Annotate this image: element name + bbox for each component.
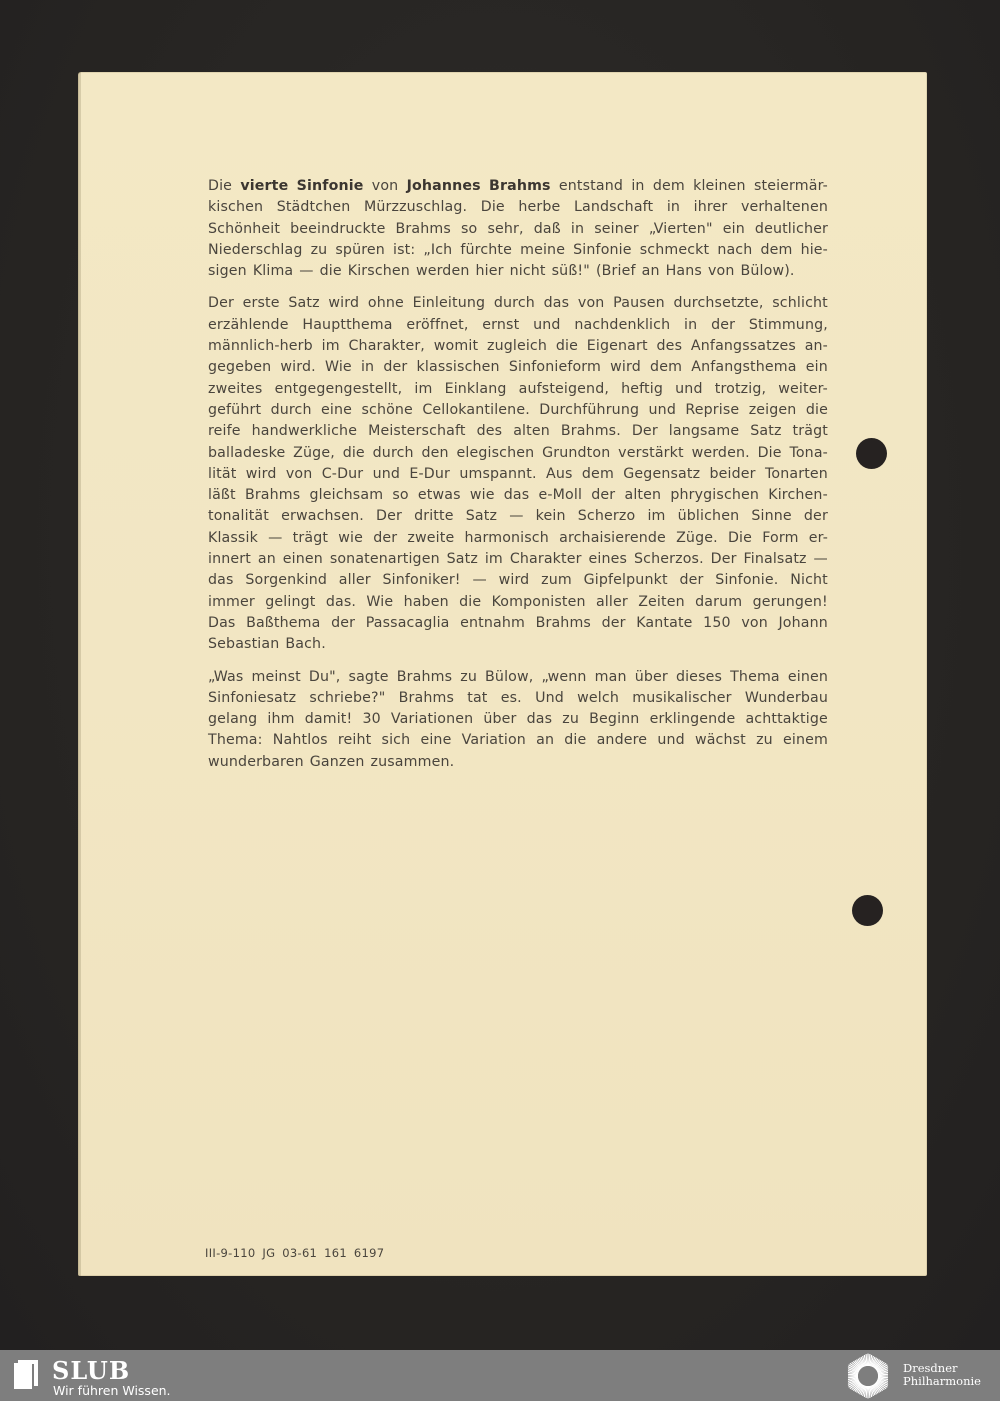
text-line: SchönheitbeeindruckteBrahmssosehr,daßins…	[208, 219, 828, 240]
word: dem	[582, 464, 614, 485]
word: Sorgenkind	[245, 570, 327, 591]
word: Brahms	[397, 667, 452, 688]
word: läßt	[208, 485, 236, 506]
word: Klassik	[208, 528, 258, 549]
word: deutlicher	[755, 219, 828, 240]
word: dem	[650, 357, 682, 378]
word: klassischen	[417, 357, 500, 378]
word: Gegensatz	[623, 464, 700, 485]
word: wie	[470, 485, 495, 506]
word: ihrer	[694, 197, 728, 218]
word: Thema:	[208, 730, 263, 751]
word: die	[806, 400, 828, 421]
word: umspannt.	[459, 464, 536, 485]
word: Grundton	[542, 443, 610, 464]
word: werden.	[692, 443, 750, 464]
word: langsame	[669, 421, 739, 442]
word: zu	[460, 667, 477, 688]
word: der	[679, 570, 703, 591]
word: das	[504, 485, 530, 506]
word: zu	[562, 709, 579, 730]
paragraph: „WasmeinstDu",sagteBrahmszuBülow,„wennma…	[208, 667, 828, 773]
word: üblichen	[678, 506, 740, 527]
word: weiter-	[778, 379, 828, 400]
word: Sinne	[751, 506, 791, 527]
word: Sinfonie	[573, 240, 631, 261]
word: werden	[416, 261, 470, 282]
text-line: DievierteSinfonievonJohannesBrahmsentsta…	[208, 176, 828, 197]
word: —	[814, 549, 828, 570]
word: das.	[326, 592, 356, 613]
word: erzählende	[208, 315, 289, 336]
word: es.	[501, 688, 522, 709]
word: gelingt	[265, 592, 315, 613]
word: entgegengestellt,	[275, 379, 403, 400]
word: Mürzzuschlag.	[364, 197, 467, 218]
word: im	[414, 379, 432, 400]
word: harmonisch	[465, 528, 549, 549]
word: ihm	[267, 709, 294, 730]
word: Anfangssatzes	[691, 336, 796, 357]
word: Kirchen-	[768, 485, 828, 506]
word: zweites	[208, 379, 262, 400]
book-icon	[12, 1359, 40, 1389]
word: —	[472, 570, 486, 591]
word: ohne	[368, 293, 404, 314]
word: an-	[805, 336, 828, 357]
word: über	[483, 709, 516, 730]
word: beeindruckte	[290, 219, 385, 240]
word: die	[556, 336, 578, 357]
word: Reprise	[685, 400, 739, 421]
word: „Vierten"	[649, 219, 713, 240]
word: und	[649, 400, 676, 421]
word: „wenn	[542, 667, 587, 688]
punch-hole-upper	[856, 438, 887, 469]
word: entstand	[559, 176, 623, 197]
word: den	[422, 443, 449, 464]
word: Scherzos.	[634, 549, 704, 570]
word: etwas	[418, 485, 461, 506]
word: Sinfoniesatz	[208, 688, 296, 709]
word: Brahms	[396, 219, 451, 240]
word: Cellokantilene.	[422, 400, 530, 421]
word: und	[533, 315, 560, 336]
word: erwachsen.	[281, 506, 364, 527]
word: dritte	[414, 506, 454, 527]
word: die	[459, 592, 481, 613]
word: elegischen	[457, 443, 535, 464]
word: dem	[653, 176, 685, 197]
word: Tonarten	[765, 464, 828, 485]
word: heftig	[621, 379, 663, 400]
word: Städtchen	[277, 197, 351, 218]
word: Charakter	[510, 549, 582, 570]
word: Gipfelpunkt	[584, 570, 668, 591]
word: Wie	[325, 357, 352, 378]
word: aller	[596, 592, 628, 613]
word: nicht	[510, 261, 546, 282]
word: phrygischen	[670, 485, 759, 506]
word: beider	[710, 464, 756, 485]
word: Niederschlag	[208, 240, 302, 261]
word: hie-	[801, 240, 828, 261]
word: Schönheit	[208, 219, 280, 240]
word: Kantate	[636, 613, 692, 634]
word: gegeben	[208, 357, 271, 378]
word: innert	[208, 549, 251, 570]
word: gleichsam	[310, 485, 384, 506]
word: von	[286, 464, 313, 485]
text-line: DerersteSatzwirdohneEinleitungdurchdasvo…	[208, 293, 828, 314]
text-line: Niederschlagzuspürenist:„Ichfürchtemeine…	[208, 240, 828, 261]
word: er-	[809, 528, 828, 549]
word: des	[477, 421, 503, 442]
word: „Ich	[423, 240, 452, 261]
word: Einklang	[445, 379, 507, 400]
word: zweite	[407, 528, 454, 549]
word: in	[684, 315, 697, 336]
word: Johann	[778, 613, 827, 634]
word: in	[631, 176, 644, 197]
word: Ganzen	[310, 752, 365, 773]
word: in	[361, 357, 374, 378]
word: zu	[756, 730, 773, 751]
word: Satz	[750, 421, 781, 442]
word: daß	[534, 219, 561, 240]
word: —	[299, 261, 313, 282]
text-line: dasSorgenkindallerSinfoniker!—wirdzumGip…	[208, 570, 828, 591]
word: Die	[758, 443, 782, 464]
word: im	[485, 549, 503, 570]
word: man	[595, 667, 627, 688]
word: Der	[208, 293, 234, 314]
word: wird	[246, 464, 277, 485]
text-line: zweitesentgegengestellt,imEinklangaufste…	[208, 379, 828, 400]
word: Der	[711, 549, 737, 570]
word: eine	[420, 730, 451, 751]
word: der	[331, 613, 355, 634]
footer-bar: SLUB Wir führen Wissen. Dresdner Philhar…	[0, 1350, 1000, 1401]
word: Der	[376, 506, 402, 527]
word: wird.	[280, 357, 315, 378]
word: Beginn	[589, 709, 639, 730]
word: reife	[208, 421, 241, 442]
word: von	[578, 293, 605, 314]
word: das	[208, 570, 234, 591]
word: e-Moll	[539, 485, 583, 506]
word: Der	[632, 421, 658, 442]
word: entnahm	[460, 613, 525, 634]
bold-word: Sinfonie	[297, 176, 364, 197]
word: die	[343, 443, 365, 464]
word: C-Dur	[322, 464, 364, 485]
word: so	[461, 219, 477, 240]
word: Und	[535, 688, 564, 709]
word: Durchführung	[539, 400, 639, 421]
text-line: sigenKlima—dieKirschenwerdenhiernichtsüß…	[208, 261, 828, 282]
word: der	[804, 506, 828, 527]
word: sonatenartigen	[330, 549, 440, 570]
word: durch	[494, 293, 535, 314]
word: die	[564, 730, 586, 751]
word: sagte	[349, 667, 389, 688]
word: fürchte	[460, 240, 512, 261]
word: das	[527, 709, 553, 730]
bold-word: vierte	[240, 176, 288, 197]
word: dieses	[676, 667, 722, 688]
word: Sinfonieform	[509, 357, 601, 378]
word: Variation	[462, 730, 526, 751]
word: welch	[577, 688, 619, 709]
word: Sebastian	[208, 634, 279, 655]
word: männlich-herb	[208, 336, 313, 357]
text-line: „WasmeinstDu",sagteBrahmszuBülow,„wennma…	[208, 667, 828, 688]
word: sigen	[208, 261, 247, 282]
text-line: geführtdurcheineschöneCellokantilene.Dur…	[208, 400, 828, 421]
word: Passacaglia	[366, 613, 450, 634]
word: zeigen	[749, 400, 797, 421]
word: haben	[404, 592, 449, 613]
word: Satz	[288, 293, 319, 314]
word: und	[675, 379, 702, 400]
word: balladeske	[208, 443, 285, 464]
word: Form	[762, 528, 798, 549]
text-line: läßtBrahmsgleichsamsoetwaswiedase-Mollde…	[208, 485, 828, 506]
word: zum	[541, 570, 572, 591]
word: Tona-	[789, 443, 828, 464]
word: durch	[373, 443, 414, 464]
word: Charakter,	[349, 336, 425, 357]
word: durch	[271, 400, 312, 421]
word: und	[373, 464, 400, 485]
text-line: Thema:NahtlosreihtsicheineVariationandie…	[208, 730, 828, 751]
word: spüren	[335, 240, 385, 261]
word: Kirschen	[348, 261, 410, 282]
word: zusammen.	[371, 752, 455, 773]
word: Die	[728, 528, 752, 549]
word: schöne	[361, 400, 413, 421]
word: der	[602, 613, 626, 634]
word: wächst	[695, 730, 746, 751]
sunburst-ring-icon[interactable]	[842, 1353, 894, 1399]
word: wird	[499, 570, 530, 591]
word: (Brief	[596, 261, 636, 282]
word: ernst	[482, 315, 519, 336]
word: von	[741, 613, 768, 634]
text-line: Sinfoniesatzschriebe?"Brahmstates.Undwel…	[208, 688, 828, 709]
word: sehr,	[487, 219, 523, 240]
word: handwerkliche	[252, 421, 357, 442]
word: geführt	[208, 400, 261, 421]
word: damit!	[305, 709, 353, 730]
word: Zeiten	[638, 592, 685, 613]
word: kein	[536, 506, 566, 527]
word: einem	[783, 730, 828, 751]
word: Brahms	[536, 613, 591, 634]
text-line: kischenStädtchenMürzzuschlag.DieherbeLan…	[208, 197, 828, 218]
word: immer	[208, 592, 255, 613]
word: ein	[806, 357, 828, 378]
word: wie	[338, 528, 363, 549]
word: der	[373, 528, 397, 549]
text-line: erzählendeHauptthemaeröffnet,ernstundnac…	[208, 315, 828, 336]
word: alten	[513, 421, 550, 442]
word: Satz	[466, 506, 497, 527]
word: im	[322, 336, 340, 357]
word: schlicht	[772, 293, 828, 314]
word: trägt	[793, 421, 828, 442]
word: alten	[624, 485, 661, 506]
word: sich	[382, 730, 411, 751]
word: herbe	[518, 197, 560, 218]
word: Bülow).	[741, 261, 795, 282]
text-line: wunderbarenGanzenzusammen.	[208, 752, 828, 773]
word: Brahms.	[561, 421, 621, 442]
word: der	[383, 357, 407, 378]
word: eine	[321, 400, 352, 421]
paragraph: DerersteSatzwirdohneEinleitungdurchdasvo…	[208, 293, 828, 655]
word: Eigenart	[587, 336, 648, 357]
word: einen	[283, 549, 323, 570]
word: Pausen	[613, 293, 665, 314]
slub-logo-text[interactable]: SLUB	[52, 1356, 130, 1385]
word: in	[571, 219, 584, 240]
word: in	[667, 197, 680, 218]
word: hier	[475, 261, 503, 282]
word: andere	[597, 730, 648, 751]
word: Du",	[309, 667, 341, 688]
text-line: reifehandwerklicheMeisterschaftdesaltenB…	[208, 421, 828, 442]
word: Bach.	[285, 634, 325, 655]
word: Anfangsthema	[691, 357, 796, 378]
word: Sinfonie.	[715, 570, 778, 591]
word: durchsetzte,	[674, 293, 764, 314]
word: Nicht	[790, 570, 828, 591]
word: ist:	[393, 240, 415, 261]
word: verhaltenen	[741, 197, 828, 218]
word: schmeckt	[640, 240, 710, 261]
word: tonalität	[208, 506, 269, 527]
word: meine	[520, 240, 565, 261]
word: Aus	[546, 464, 573, 485]
word: an	[536, 730, 554, 751]
print-code: III-9-110 JG 03-61 161 6197	[205, 1246, 384, 1260]
text-line: innertaneinensonatenartigenSatzimCharakt…	[208, 549, 828, 570]
word: erklingende	[650, 709, 736, 730]
word: Nahtlos	[273, 730, 328, 751]
word: im	[647, 506, 665, 527]
word: gerungen!	[753, 592, 828, 613]
word: Die	[481, 197, 505, 218]
word: und	[657, 730, 684, 751]
text-line: immergelingtdas.WiehabendieKomponistenal…	[208, 592, 828, 613]
word: kischen	[208, 197, 263, 218]
text-line: tonalitäterwachsen.DerdritteSatz—keinSch…	[208, 506, 828, 527]
slub-tagline: Wir führen Wissen.	[53, 1383, 171, 1398]
bold-word: Brahms	[489, 176, 551, 197]
word: trägt	[293, 528, 328, 549]
word: Brahms	[245, 485, 300, 506]
word: Die	[208, 176, 232, 197]
word: Einleitung	[413, 293, 486, 314]
word: wunderbaren	[208, 752, 304, 773]
text-line: Klassik—trägtwiederzweiteharmonischarcha…	[208, 528, 828, 549]
word: womit	[434, 336, 478, 357]
word: Züge.	[676, 528, 718, 549]
text-line: gelangihmdamit!30VariationenüberdaszuBeg…	[208, 709, 828, 730]
word: achttaktige	[745, 709, 827, 730]
word: zugleich	[487, 336, 547, 357]
word: Meisterschaft	[368, 421, 466, 442]
word: lität	[208, 464, 236, 485]
body-text: DievierteSinfonievonJohannesBrahmsentsta…	[208, 176, 828, 773]
word: erste	[243, 293, 280, 314]
word: wird	[610, 357, 641, 378]
word: der	[711, 315, 735, 336]
word: nach	[717, 240, 752, 261]
word: dem	[760, 240, 792, 261]
word: seiner	[594, 219, 639, 240]
word: verstärkt	[618, 443, 684, 464]
word: Stimmung,	[749, 315, 828, 336]
word: so	[392, 485, 408, 506]
word: süß!"	[552, 261, 590, 282]
word: Sinfoniker!	[382, 570, 460, 591]
text-line: litätwirdvonC-DurundE-Durumspannt.Ausdem…	[208, 464, 828, 485]
word: aller	[339, 570, 371, 591]
word: Scherzo	[578, 506, 636, 527]
word: 150	[703, 613, 731, 634]
word: des	[657, 336, 683, 357]
word: —	[268, 528, 282, 549]
dresdner-philharmonie-logo-text[interactable]: Dresdner Philharmonie	[903, 1362, 981, 1388]
word: zu	[311, 240, 328, 261]
word: Finalsatz	[743, 549, 806, 570]
word: an	[642, 261, 660, 282]
word: 30	[362, 709, 380, 730]
word: von	[372, 176, 399, 197]
word: an	[258, 549, 276, 570]
word: trotzig,	[715, 379, 766, 400]
word: archaisierende	[559, 528, 666, 549]
word: Wunderbau	[745, 688, 828, 709]
word: über	[635, 667, 668, 688]
word: eröffnet,	[406, 315, 468, 336]
word: von	[708, 261, 735, 282]
word: reiht	[338, 730, 372, 751]
text-line: DasBaßthemaderPassacagliaentnahmBrahmsde…	[208, 613, 828, 634]
word: Hans	[666, 261, 702, 282]
punch-hole-lower	[852, 895, 883, 926]
word: Bülow,	[485, 667, 533, 688]
word: schriebe?"	[309, 688, 385, 709]
word: Klima	[253, 261, 293, 282]
word: das	[544, 293, 570, 314]
word: Wie	[366, 592, 393, 613]
word: Satz	[447, 549, 478, 570]
word: Variationen	[391, 709, 473, 730]
text-line: balladeskeZüge,diedurchdenelegischenGrun…	[208, 443, 828, 464]
word: die	[320, 261, 342, 282]
word: Züge,	[293, 443, 335, 464]
word: ein	[723, 219, 745, 240]
word: wird	[328, 293, 359, 314]
word: gelang	[208, 709, 257, 730]
bold-word: Johannes	[407, 176, 481, 197]
word: steiermär-	[754, 176, 828, 197]
paragraph: DievierteSinfonievonJohannesBrahmsentsta…	[208, 176, 828, 282]
